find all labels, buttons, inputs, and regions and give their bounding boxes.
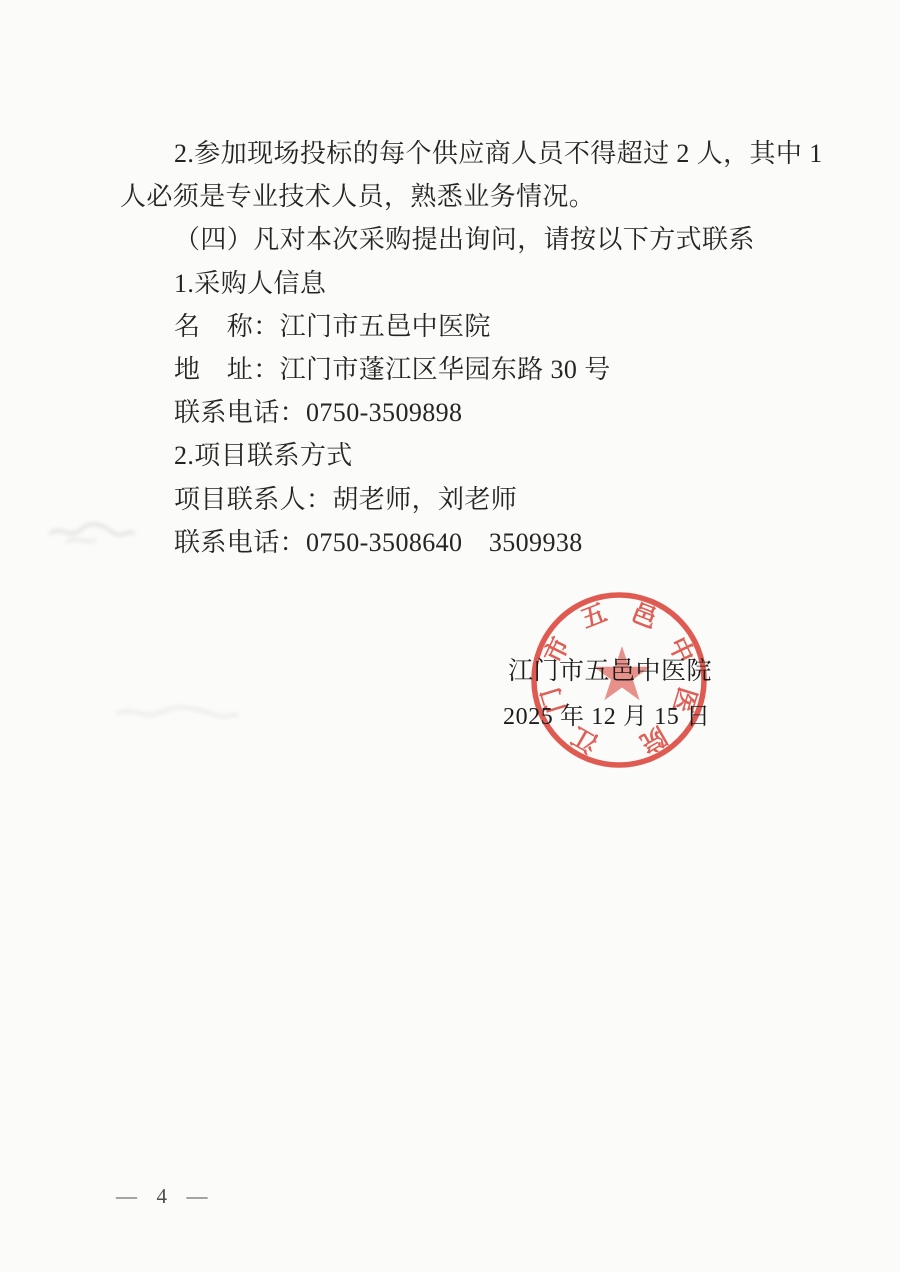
text-line: 联系电话：0750-3509898 — [120, 389, 820, 432]
text-line: 2.项目联系方式 — [120, 432, 820, 475]
signature-organization: 江门市五邑中医院 — [508, 651, 712, 687]
signature-date: 2025 年 12 月 15 日 — [503, 696, 711, 731]
text-line: 1.采购人信息 — [120, 260, 820, 303]
scanned-document-page: 2.参加现场投标的每个供应商人员不得超过 2 人，其中 1 人必须是专业技术人员… — [0, 0, 900, 1272]
text-line: 项目联系人：胡老师，刘老师 — [120, 476, 820, 519]
document-body: 2.参加现场投标的每个供应商人员不得超过 2 人，其中 1 人必须是专业技术人员… — [120, 130, 820, 562]
text-line: 2.参加现场投标的每个供应商人员不得超过 2 人，其中 1 — [120, 130, 820, 173]
scan-smudge — [112, 698, 242, 728]
text-line: 名 称：江门市五邑中医院 — [120, 303, 820, 346]
text-line: 地 址：江门市蓬江区华园东路 30 号 — [120, 346, 820, 389]
text-line: 人必须是专业技术人员，熟悉业务情况。 — [120, 173, 820, 216]
text-line: 联系电话：0750-3508640 3509938 — [120, 519, 820, 562]
text-line: （四）凡对本次采购提出询问，请按以下方式联系 — [120, 216, 820, 259]
page-number: — 4 — — [116, 1184, 211, 1209]
